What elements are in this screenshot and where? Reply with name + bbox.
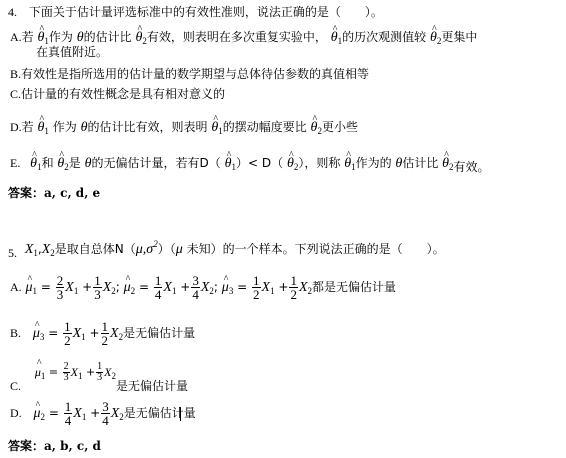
option-label: D.: [10, 120, 22, 134]
text: 作为: [53, 120, 77, 134]
option-label: C.: [10, 379, 21, 393]
theta: θ: [85, 156, 92, 171]
text: 的估计比: [84, 30, 132, 44]
q5-stem: 5. X1,X2是取自总体N（μ,σ2）（μ 未知）的一个样本。下列说法正确的是…: [8, 236, 445, 261]
option-label: A.: [10, 280, 22, 294]
fraction: 23: [56, 274, 65, 301]
fraction: 14: [64, 400, 73, 427]
text: 是取自总体N（: [55, 242, 136, 256]
text: 作为: [49, 30, 73, 44]
q4-stem: 4. 下面关于估计量评选标准中的有效性准则，说法正确的是（ ）。: [8, 4, 383, 20]
text: 未知）的一个样本。下列说法正确的是（ ）。: [183, 242, 445, 256]
text: ）< D（: [236, 156, 283, 170]
theta-hat-2: θ2: [442, 156, 453, 175]
formula: μ1 = 23X1 +13X2: [35, 362, 116, 384]
q4-option-e: E. θ1和 θ2是 θ的无偏估计量，若有D（ θ1）< D（ θ2），则称 θ…: [10, 155, 490, 175]
text: 估计量的有效性概念是具有相对意义的: [21, 87, 225, 101]
text: 有效，则表明在多次重复实验中，: [147, 30, 327, 44]
theta-hat-1: θ1: [225, 156, 236, 175]
text: 是无偏估计量: [116, 379, 188, 393]
text: 作为的: [356, 156, 392, 170]
theta-hat-2: θ2: [430, 30, 441, 49]
text: 的无偏估计量，若有D（: [92, 156, 221, 170]
mu-hat-2: μ2: [34, 399, 46, 432]
equals: =: [41, 280, 51, 294]
q4-option-c: C.估计量的有效性概念是具有相对意义的: [10, 86, 225, 102]
answer-label: 答案：: [8, 439, 44, 453]
theta: θ: [77, 30, 84, 45]
theta-hat-2: θ2: [287, 156, 298, 175]
theta-hat-2: θ2: [135, 30, 146, 49]
theta-hat-1: θ1: [38, 120, 49, 139]
theta-hat-2: θ2: [57, 156, 68, 175]
option-label: C.: [10, 87, 21, 101]
text: 的历次观测值较: [342, 30, 426, 44]
q4-number: 4.: [8, 5, 17, 19]
option-label: E.: [10, 156, 20, 170]
text-cursor: [180, 407, 181, 421]
q5-answer: 答案：a, b, c, d: [8, 438, 101, 454]
fraction: 13: [93, 274, 102, 301]
option-label: A.: [10, 30, 22, 44]
text: ），则称: [298, 156, 340, 170]
q5-option-a: A. μ1 = 23X1 +13X2; μ2 = 14X1 +34X2; μ3 …: [10, 272, 396, 306]
theta-hat-2: θ2: [311, 120, 322, 139]
fraction: 12: [252, 274, 261, 301]
option-label: B.: [10, 326, 21, 340]
text: 是无偏估计量: [123, 326, 195, 340]
theta-hat-1: θ1: [331, 30, 342, 49]
mu-hat-1: μ1: [26, 273, 38, 306]
x1: X1: [25, 242, 38, 257]
option-label: B.: [10, 67, 21, 81]
answer-value: a, b, c, d: [44, 439, 101, 453]
fraction: 12: [63, 320, 72, 347]
text: 是: [69, 156, 81, 170]
q4-option-a-cont: 在真值附近。: [36, 44, 108, 60]
text: 有效性是指所选用的估计量的数学期望与总体待估参数的真值相等: [21, 67, 369, 81]
q4-stem-text: 下面关于估计量评选标准中的有效性准则，说法正确的是（ ）。: [29, 5, 383, 19]
mu-hat-2: μ2: [124, 273, 136, 306]
text: 的估计比有效，则表明: [87, 120, 207, 134]
q5-option-b: B. μ3 = 12X1 +12X2是无偏估计量: [10, 318, 195, 352]
q5-number: 5.: [8, 246, 17, 260]
q4-option-d: D.若 θ1 作为 θ的估计比有效，则表明 θ1的摆动幅度要比 θ2更小些: [10, 119, 358, 139]
q4-option-b: B.有效性是指所选用的估计量的数学期望与总体待估参数的真值相等: [10, 66, 369, 82]
answer-value: a, c, d, e: [44, 186, 100, 200]
text: ）（: [158, 242, 176, 256]
fraction: 34: [191, 274, 200, 301]
option-label: D.: [10, 406, 22, 420]
text: 若: [22, 120, 34, 134]
mu-hat-3: μ3: [33, 319, 45, 352]
x2: X2: [42, 242, 55, 257]
q5-option-c: C. μ1 = 23X1 +13X2 是无偏估计量: [10, 362, 188, 384]
fraction: 12: [289, 274, 298, 301]
mu: μ: [176, 242, 183, 257]
theta-hat-1: θ1: [30, 156, 41, 175]
theta-hat-1: θ1: [344, 156, 355, 175]
text: 和: [42, 156, 54, 170]
fraction: 34: [101, 400, 110, 427]
text: 是无偏估计量: [124, 406, 196, 420]
text: 更集中: [441, 30, 477, 44]
text: 若: [22, 30, 34, 44]
text: 有效。: [454, 160, 490, 174]
mu-sigma: μ,σ2: [136, 242, 158, 257]
fraction: 12: [101, 320, 110, 347]
text: 更小些: [322, 120, 358, 134]
text: 都是无偏估计量: [312, 280, 396, 294]
q4-answer: 答案：a, c, d, e: [8, 185, 100, 201]
theta-hat-1: θ1: [211, 120, 222, 139]
text: 估计比: [402, 156, 438, 170]
text: 的摆动幅度要比: [223, 120, 307, 134]
q5-option-d: D. μ2 = 14X1 +34X2是无偏估计量: [10, 398, 195, 432]
mu-hat-3: μ3: [222, 273, 234, 306]
fraction: 14: [154, 274, 163, 301]
answer-label: 答案：: [8, 186, 44, 200]
